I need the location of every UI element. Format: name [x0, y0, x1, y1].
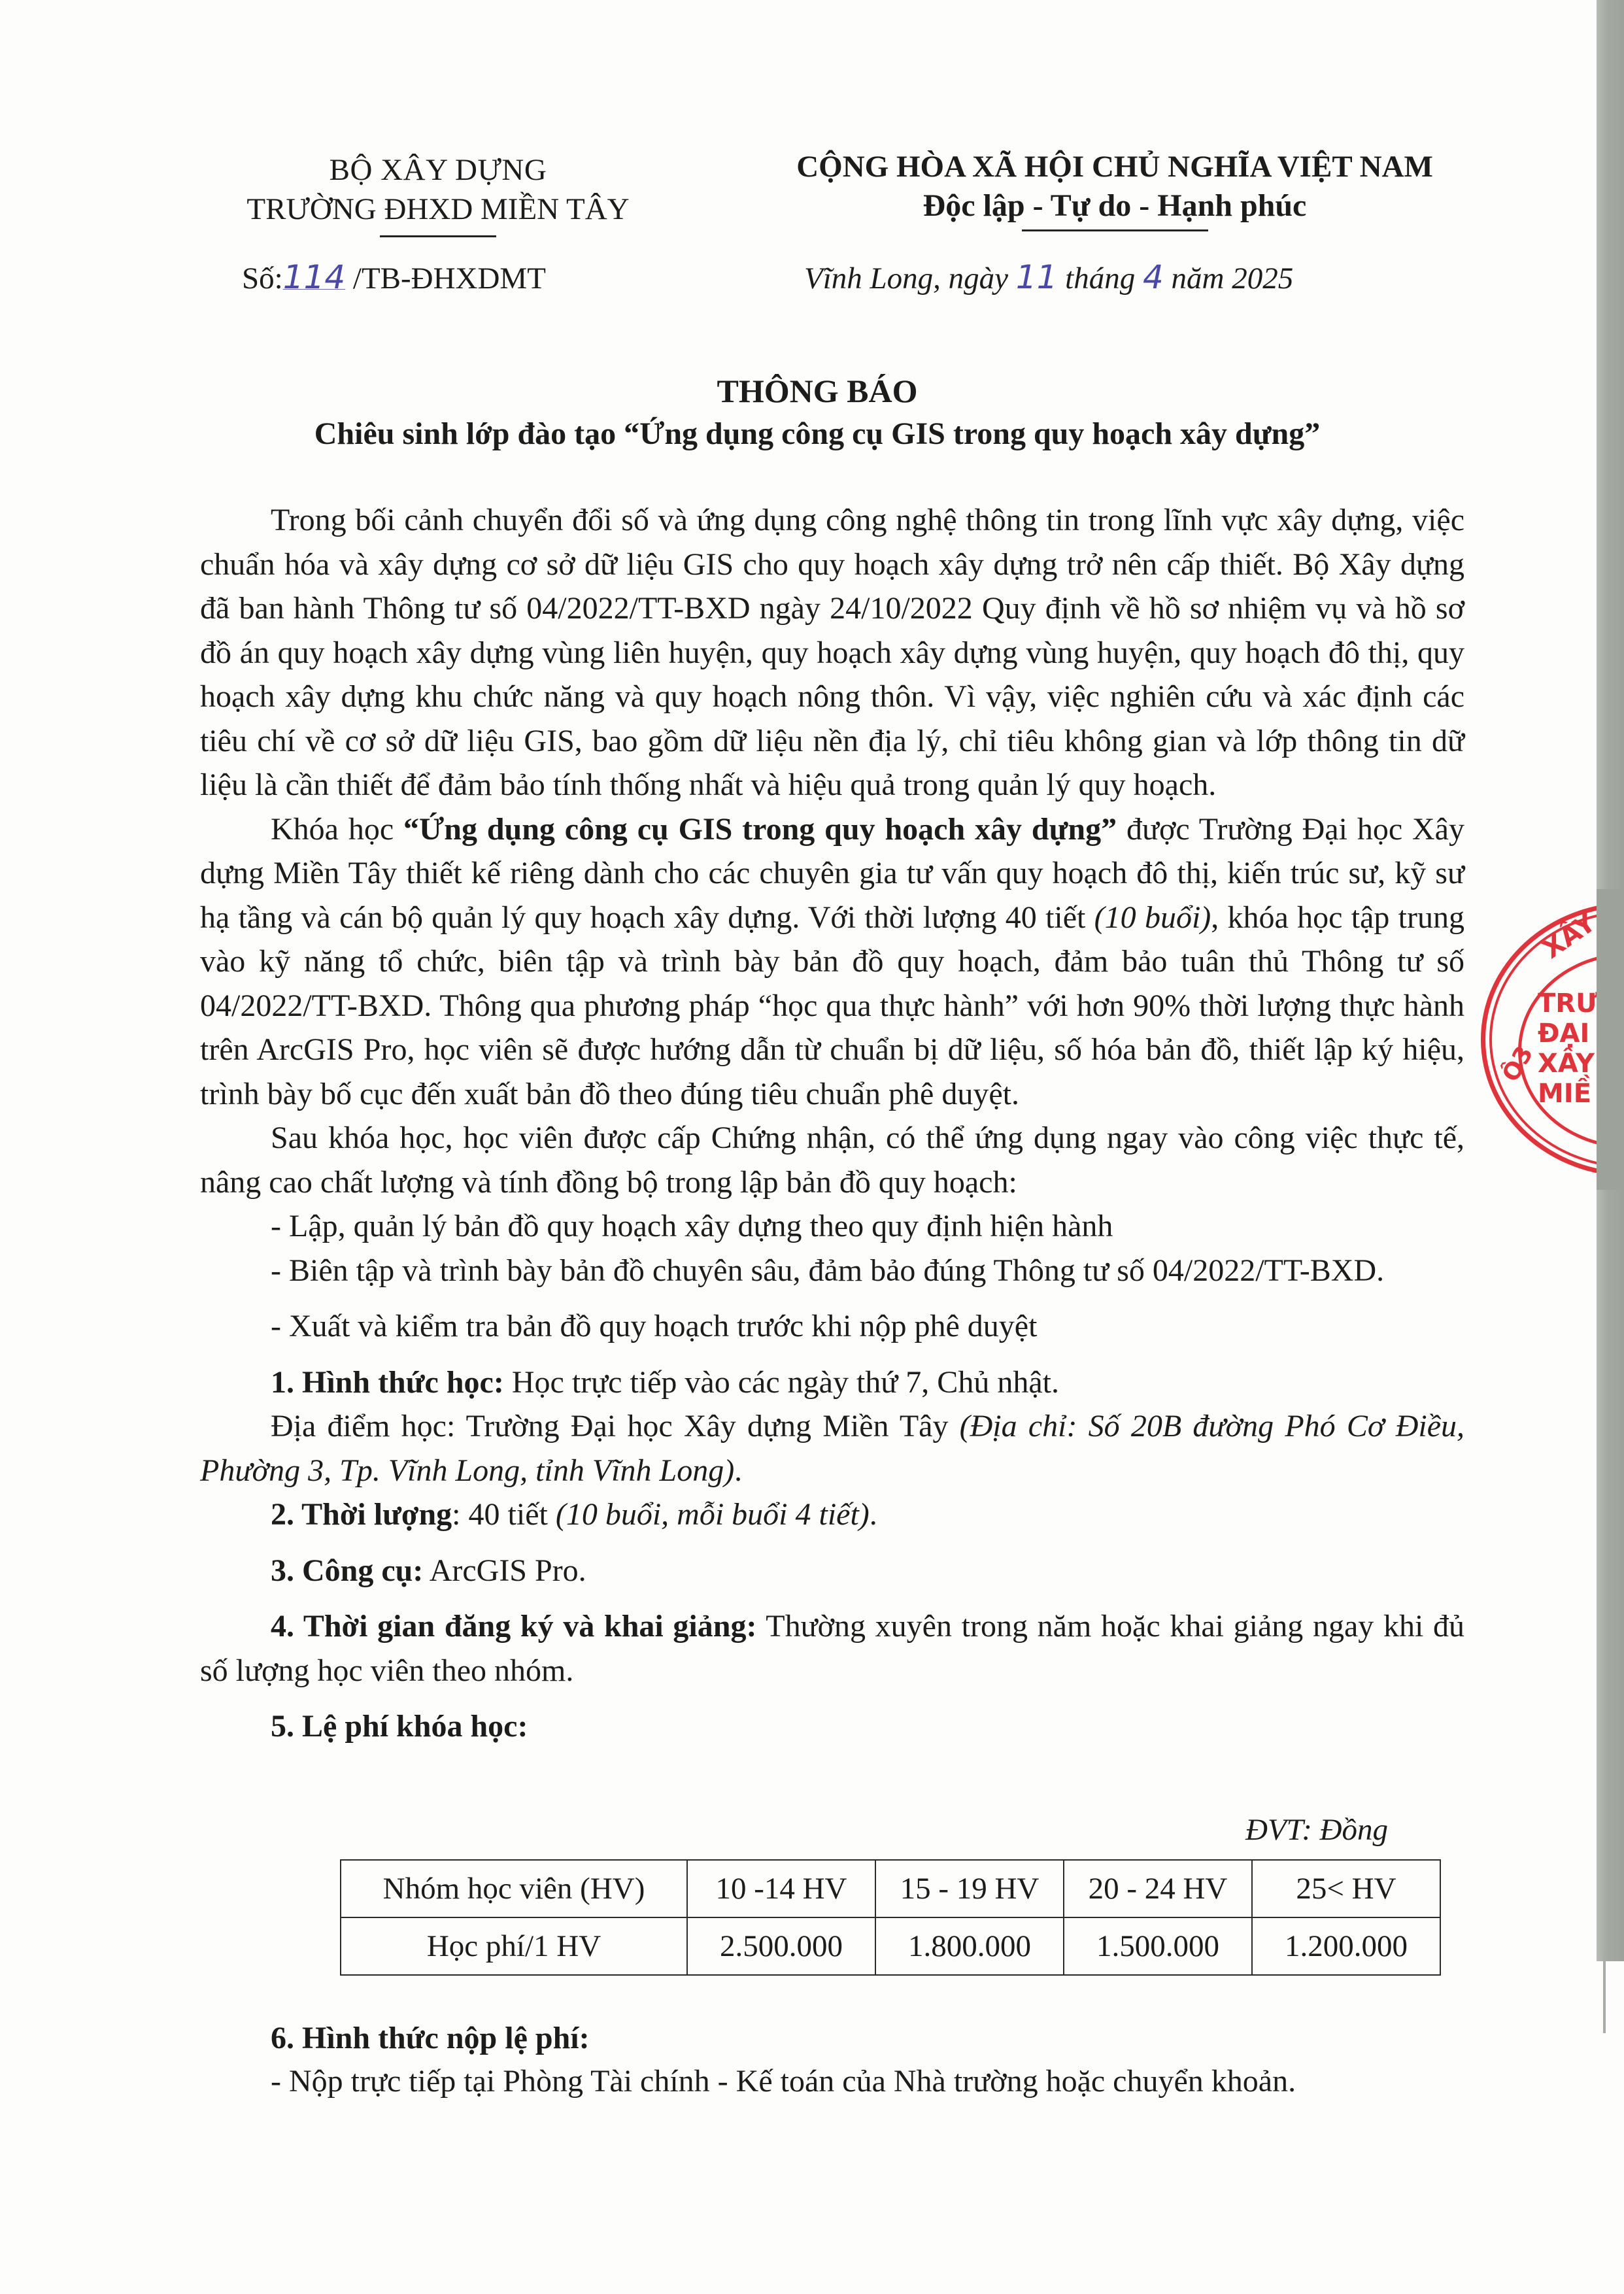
country-name: CỘNG HÒA XÃ HỘI CHỦ NGHĨA VIỆT NAM: [706, 147, 1523, 186]
table-header-cell: 10 -14 HV: [687, 1860, 875, 1917]
section-location: Địa điểm học: Trường Đại học Xây dựng Mi…: [200, 1404, 1464, 1493]
seal-line: XÂY: [1538, 1049, 1598, 1079]
section-heading: 6. Hình thức nộp lệ phí:: [271, 2017, 1296, 2060]
fee-table: Nhóm học viên (HV) 10 -14 HV 15 - 19 HV …: [340, 1859, 1441, 1976]
section-heading: 4. Thời gian đăng ký và khai giảng:: [271, 1609, 756, 1644]
month-handwritten: 4: [1143, 258, 1164, 296]
text: .: [734, 1453, 742, 1488]
table-header-cell: 15 - 19 HV: [875, 1860, 1064, 1917]
section-registration: 4. Thời gian đăng ký và khai giảng: Thườ…: [200, 1604, 1464, 1693]
seal-line: ĐẠI: [1538, 1019, 1598, 1049]
text: 40 tiết: [461, 1497, 556, 1532]
national-motto: Độc lập - Tự do - Hạnh phúc: [706, 186, 1523, 226]
scan-shadow-edge-lower: [1603, 1955, 1606, 2033]
text: Địa điểm học: Trường Đại học Xây dựng Mi…: [271, 1409, 960, 1443]
section-study-format: 1. Hình thức học: Học trực tiếp vào các …: [200, 1360, 1464, 1405]
text: Khóa học: [271, 812, 403, 847]
scan-shadow-edge-over-seal: [1597, 889, 1624, 1190]
school-name: TRƯỜNG ĐHXD MIỀN TÂY: [209, 190, 667, 229]
section-heading: 2. Thời lượng: [271, 1497, 452, 1532]
seal-line: MIỀ: [1538, 1079, 1598, 1109]
paragraph-course: Khóa học “Ứng dụng công cụ GIS trong quy…: [200, 807, 1464, 1117]
seal-line: TRƯ: [1538, 988, 1598, 1019]
seal-ring-text: XÂY: [1538, 907, 1602, 965]
section-duration: 2. Thời lượng: 40 tiết (10 buổi, mỗi buổ…: [200, 1493, 1464, 1537]
section-tool: 3. Công cụ: ArcGIS Pro.: [200, 1549, 1464, 1593]
section-heading: 5. Lệ phí khóa học:: [271, 1709, 528, 1744]
table-cell: 1.800.000: [875, 1917, 1064, 1975]
text: :: [452, 1497, 460, 1532]
table-row: Học phí/1 HV 2.500.000 1.800.000 1.500.0…: [341, 1917, 1440, 1975]
table-cell: 1.200.000: [1252, 1917, 1440, 1975]
payment-method: - Nộp trực tiếp tại Phòng Tài chính - Kế…: [271, 2060, 1296, 2103]
section-heading: 3. Công cụ:: [271, 1553, 423, 1588]
list-item: - Lập, quản lý bản đồ quy hoạch xây dựng…: [200, 1204, 1464, 1249]
month-label: tháng: [1057, 261, 1143, 295]
doc-number-suffix: /TB-ĐHXDMT: [345, 261, 546, 295]
table-header-cell: 25< HV: [1252, 1860, 1440, 1917]
seal-center-text: TRƯ ĐẠI XÂY MIỀ: [1538, 988, 1598, 1109]
place-and-date: Vĩnh Long, ngày 11 tháng 4 năm 2025: [804, 258, 1293, 296]
title-subtitle: Chiêu sinh lớp đào tạo “Ứng dụng công cụ…: [196, 413, 1438, 456]
table-header-cell: Nhóm học viên (HV): [341, 1860, 687, 1917]
text: .: [870, 1497, 877, 1532]
course-name: “Ứng dụng công cụ GIS trong quy hoạch xâ…: [403, 812, 1117, 847]
issuing-authority: BỘ XÂY DỰNG TRƯỜNG ĐHXD MIỀN TÂY: [209, 150, 667, 237]
paragraph-context: Trong bối cảnh chuyển đổi số và ứng dụng…: [200, 498, 1464, 807]
table-cell: Học phí/1 HV: [341, 1917, 687, 1975]
motto-underline: [1022, 229, 1208, 231]
text: Học trực tiếp vào các ngày thứ 7, Chủ nh…: [504, 1365, 1059, 1400]
table-header-cell: 20 - 24 HV: [1064, 1860, 1252, 1917]
list-item: - Biên tập và trình bày bản đồ chuyên sâ…: [200, 1249, 1464, 1293]
section-payment: 6. Hình thức nộp lệ phí: - Nộp trực tiếp…: [271, 2017, 1296, 2103]
section-fees: 5. Lệ phí khóa học:: [200, 1704, 1464, 1749]
national-header: CỘNG HÒA XÃ HỘI CHỦ NGHĨA VIỆT NAM Độc l…: [706, 147, 1523, 231]
list-item: - Xuất và kiểm tra bản đồ quy hoạch trướ…: [200, 1304, 1464, 1349]
section-heading: 1. Hình thức học:: [271, 1365, 504, 1400]
table-cell: 1.500.000: [1064, 1917, 1252, 1975]
place: Vĩnh Long, ngày: [804, 261, 1016, 295]
table-row: Nhóm học viên (HV) 10 -14 HV 15 - 19 HV …: [341, 1860, 1440, 1917]
day-handwritten: 11: [1016, 258, 1058, 296]
text: ArcGIS Pro.: [423, 1553, 586, 1588]
currency-unit-note: ĐVT: Đồng: [1245, 1812, 1388, 1847]
header-underline: [380, 235, 496, 237]
document-body: Trong bối cảnh chuyển đổi số và ứng dụng…: [200, 498, 1464, 1749]
table-cell: 2.500.000: [687, 1917, 875, 1975]
year: năm 2025: [1164, 261, 1293, 295]
document-title: THÔNG BÁO Chiêu sinh lớp đào tạo “Ứng dụ…: [196, 369, 1438, 456]
title-main: THÔNG BÁO: [196, 369, 1438, 413]
doc-number-prefix: Số:: [242, 261, 283, 295]
doc-number-handwritten: 114: [283, 258, 345, 296]
document-number: Số:114 /TB-ĐHXDMT: [242, 258, 546, 296]
paragraph-outcome: Sau khóa học, học viên được cấp Chứng nh…: [200, 1116, 1464, 1204]
ministry-name: BỘ XÂY DỰNG: [209, 150, 667, 190]
duration-note: (10 buổi, mỗi buổi 4 tiết): [556, 1497, 870, 1532]
sessions-note: (10 buổi): [1094, 900, 1211, 935]
